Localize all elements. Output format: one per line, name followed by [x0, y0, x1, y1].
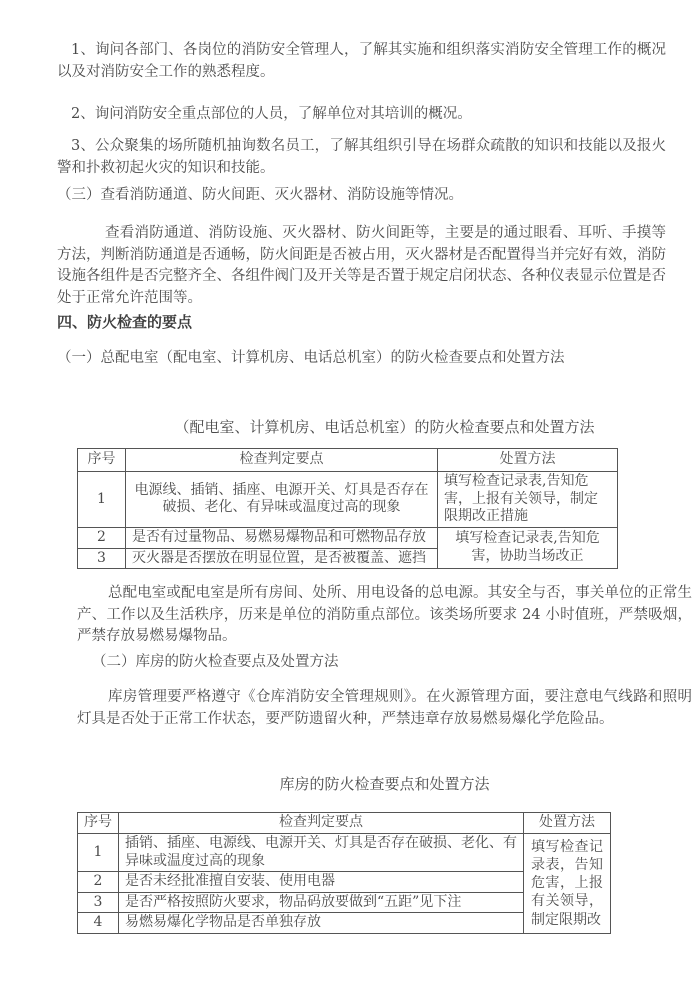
cell-point: 插销、插座、电源线、电源开关、灯具是否存在破损、老化、有异味或温度过高的现象	[119, 834, 524, 872]
paragraph-inquire-employees: 3、公众聚集的场所随机抽询数名员工，了解其组织引导在场群众疏散的知识和技能以及报…	[57, 136, 666, 179]
cell-seq: 3	[78, 892, 119, 913]
paragraph-inquire-key-personnel: 2、询问消防安全重点部位的人员，了解单位对其培训的概况。	[57, 104, 666, 126]
fire-check-table-distribution-room: 序号 检查判定要点 处置方法 1 电源线、插销、插座、电源开关、灯具是否存在破损…	[77, 448, 618, 569]
cell-action: 填写检查记录表,告知危害，上报有关领导，制定限期改正措施	[438, 472, 618, 528]
cell-action-merged: 填写检查记录表，告知危害，上报有关领导，制定限期改	[524, 834, 611, 934]
table-header-row: 序号 检查判定要点 处置方法	[78, 449, 618, 472]
cell-point: 电源线、插销、插座、电源开关、灯具是否存在破损、老化、有异味或温度过高的现象	[126, 472, 438, 528]
table-header-row: 序号 检查判定要点 处置方法	[78, 813, 611, 834]
header-cell-point: 检查判定要点	[126, 449, 438, 472]
fire-check-table-warehouse: 序号 检查判定要点 处置方法 1 插销、插座、电源线、电源开关、灯具是否存在破损…	[77, 812, 611, 934]
table-1-caption: （配电室、计算机房、电话总机室）的防火检查要点和处置方法	[77, 416, 692, 437]
paragraph-warehouse-note: 库房管理要严格遵守《仓库消防安全管理规则》。在火源管理方面，要注意电气线路和照明…	[77, 687, 692, 730]
cell-point: 易燃易爆化学物品是否单独存放	[119, 913, 524, 934]
section-4-heading: 四、防火检查的要点	[57, 311, 666, 332]
cell-point: 是否严格按照防火要求，物品码放要做到“五距”见下注	[119, 892, 524, 913]
cell-action-merged: 填写检查记录表,告知危害，协助当场改正	[438, 527, 618, 569]
paragraph-inquire-managers: 1、询问各部门、各岗位的消防安全管理人，了解其实施和组织落实消防安全管理工作的概…	[57, 40, 666, 83]
table-2-caption: 库房的防火检查要点和处置方法	[77, 773, 692, 794]
header-cell-action: 处置方法	[438, 449, 618, 472]
cell-point: 灭火器是否摆放在明显位置，是否被覆盖、遮挡	[126, 548, 438, 569]
paragraph-distribution-room-note: 总配电室或配电室是所有房间、处所、用电设备的总电源。其安全与否，事关单位的正常生…	[77, 583, 692, 648]
header-cell-action: 处置方法	[524, 813, 611, 834]
cell-point: 是否有过量物品、易燃易爆物品和可燃物品存放	[126, 527, 438, 548]
cell-seq: 1	[78, 472, 126, 528]
cell-seq: 4	[78, 913, 119, 934]
table-row: 2 是否有过量物品、易燃易爆物品和可燃物品存放 填写检查记录表,告知危害，协助当…	[78, 527, 618, 548]
cell-seq: 1	[78, 834, 119, 872]
subsection-1-heading: （一）总配电室（配电室、计算机房、电话总机室）的防火检查要点和处置方法	[57, 348, 666, 370]
header-cell-seq: 序号	[78, 449, 126, 472]
cell-seq: 2	[78, 527, 126, 548]
table-row: 1 插销、插座、电源线、电源开关、灯具是否存在破损、老化、有异味或温度过高的现象…	[78, 834, 611, 872]
cell-seq: 3	[78, 548, 126, 569]
subsection-2-heading: （二）库房的防火检查要点及处置方法	[77, 652, 692, 674]
item-3-heading: （三）查看消防通道、防火间距、灭火器材、消防设施等情况。	[57, 185, 666, 207]
header-cell-point: 检查判定要点	[119, 813, 524, 834]
table-row: 1 电源线、插销、插座、电源开关、灯具是否存在破损、老化、有异味或温度过高的现象…	[78, 472, 618, 528]
cell-point: 是否未经批准擅自安装、使用电器	[119, 872, 524, 893]
cell-seq: 2	[78, 872, 119, 893]
header-cell-seq: 序号	[78, 813, 119, 834]
paragraph-check-methods: 查看消防通道、消防设施、灭火器材、防火间距等，主要是的通过眼看、耳听、手摸等方法…	[57, 223, 666, 309]
